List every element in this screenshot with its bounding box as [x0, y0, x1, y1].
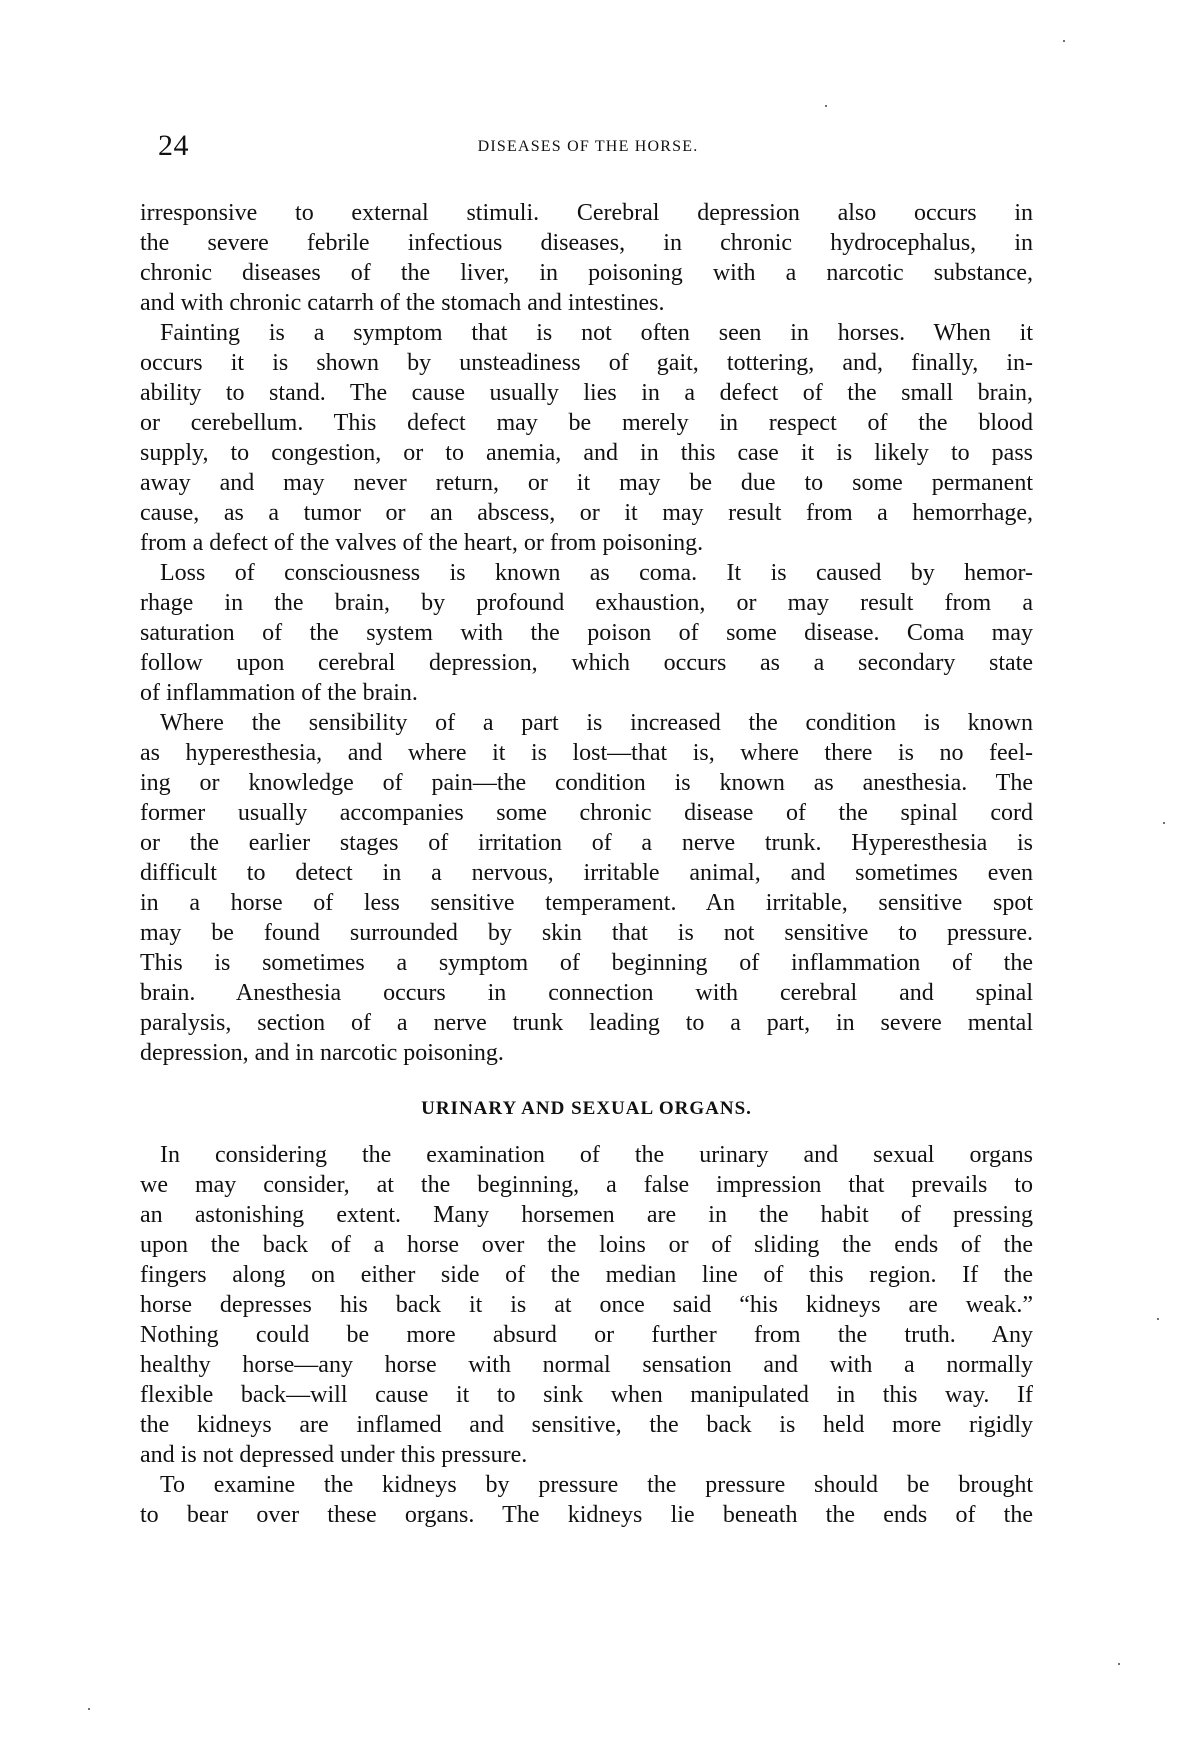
paragraph: irresponsive to external stimuli. Cerebr…	[140, 198, 1033, 318]
scan-speck	[1063, 40, 1065, 42]
text-line: in a horse of less sensitive temperament…	[140, 888, 1033, 918]
text-line: and is not depressed under this pressure…	[140, 1440, 1033, 1470]
paragraph: In considering the examination of the ur…	[140, 1140, 1033, 1470]
text-line: former usually accompanies some chronic …	[140, 798, 1033, 828]
text-line: occurs it is shown by unsteadiness of ga…	[140, 348, 1033, 378]
text-line: healthy horse—any horse with normal sens…	[140, 1350, 1033, 1380]
paragraph: Where the sensibility of a part is incre…	[140, 708, 1033, 1068]
paragraph: Fainting is a symptom that is not often …	[140, 318, 1033, 558]
text-line: This is sometimes a symptom of beginning…	[140, 948, 1033, 978]
text-line: paralysis, section of a nerve trunk lead…	[140, 1008, 1033, 1038]
running-title: DISEASES OF THE HORSE.	[148, 132, 1028, 162]
text-line: as hyperesthesia, and where it is lost—t…	[140, 738, 1033, 768]
text-line: ing or knowledge of pain—the condition i…	[140, 768, 1033, 798]
text-line: Nothing could be more absurd or further …	[140, 1320, 1033, 1350]
book-page: 24 DISEASES OF THE HORSE. irresponsive t…	[0, 0, 1200, 1748]
text-line: upon the back of a horse over the loins …	[140, 1230, 1033, 1260]
text-line: and with chronic catarrh of the stomach …	[140, 288, 1033, 318]
text-line: an astonishing extent. Many horsemen are…	[140, 1200, 1033, 1230]
text-line: supply, to congestion, or to anemia, and…	[140, 438, 1033, 468]
text-line: horse depresses his back it is at once s…	[140, 1290, 1033, 1320]
text-line: saturation of the system with the poison…	[140, 618, 1033, 648]
scan-speck	[88, 1708, 90, 1710]
text-line: irresponsive to external stimuli. Cerebr…	[140, 198, 1033, 228]
text-line: may be found surrounded by skin that is …	[140, 918, 1033, 948]
text-line: follow upon cerebral depression, which o…	[140, 648, 1033, 678]
text-line: we may consider, at the beginning, a fal…	[140, 1170, 1033, 1200]
scan-speck	[825, 105, 827, 107]
text-line: difficult to detect in a nervous, irrita…	[140, 858, 1033, 888]
text-line: brain. Anesthesia occurs in connection w…	[140, 978, 1033, 1008]
text-line: or cerebellum. This defect may be merely…	[140, 408, 1033, 438]
body-text: irresponsive to external stimuli. Cerebr…	[140, 198, 1033, 1530]
text-line: Fainting is a symptom that is not often …	[140, 318, 1033, 348]
text-line: fingers along on either side of the medi…	[140, 1260, 1033, 1290]
text-line: rhage in the brain, by profound exhausti…	[140, 588, 1033, 618]
scan-speck	[1157, 1318, 1159, 1320]
text-line: Where the sensibility of a part is incre…	[140, 708, 1033, 738]
text-line: from a defect of the valves of the heart…	[140, 528, 1033, 558]
text-line: away and may never return, or it may be …	[140, 468, 1033, 498]
text-line: In considering the examination of the ur…	[140, 1140, 1033, 1170]
text-line: Loss of consciousness is known as coma. …	[140, 558, 1033, 588]
text-line: to bear over these organs. The kidneys l…	[140, 1500, 1033, 1530]
text-line: cause, as a tumor or an abscess, or it m…	[140, 498, 1033, 528]
text-line: chronic diseases of the liver, in poison…	[140, 258, 1033, 288]
section-heading: URINARY AND SEXUAL ORGANS.	[140, 1094, 1033, 1124]
text-line: of inflammation of the brain.	[140, 678, 1033, 708]
paragraph: Loss of consciousness is known as coma. …	[140, 558, 1033, 708]
scan-speck	[1163, 822, 1165, 824]
scan-speck	[1118, 1663, 1120, 1665]
text-line: ability to stand. The cause usually lies…	[140, 378, 1033, 408]
paragraph: To examine the kidneys by pressure the p…	[140, 1470, 1033, 1530]
text-line: To examine the kidneys by pressure the p…	[140, 1470, 1033, 1500]
running-head: 24 DISEASES OF THE HORSE.	[148, 128, 1028, 164]
text-line: the severe febrile infectious diseases, …	[140, 228, 1033, 258]
text-line: or the earlier stages of irritation of a…	[140, 828, 1033, 858]
text-line: depression, and in narcotic poisoning.	[140, 1038, 1033, 1068]
text-line: flexible back—will cause it to sink when…	[140, 1380, 1033, 1410]
text-line: the kidneys are inflamed and sensitive, …	[140, 1410, 1033, 1440]
